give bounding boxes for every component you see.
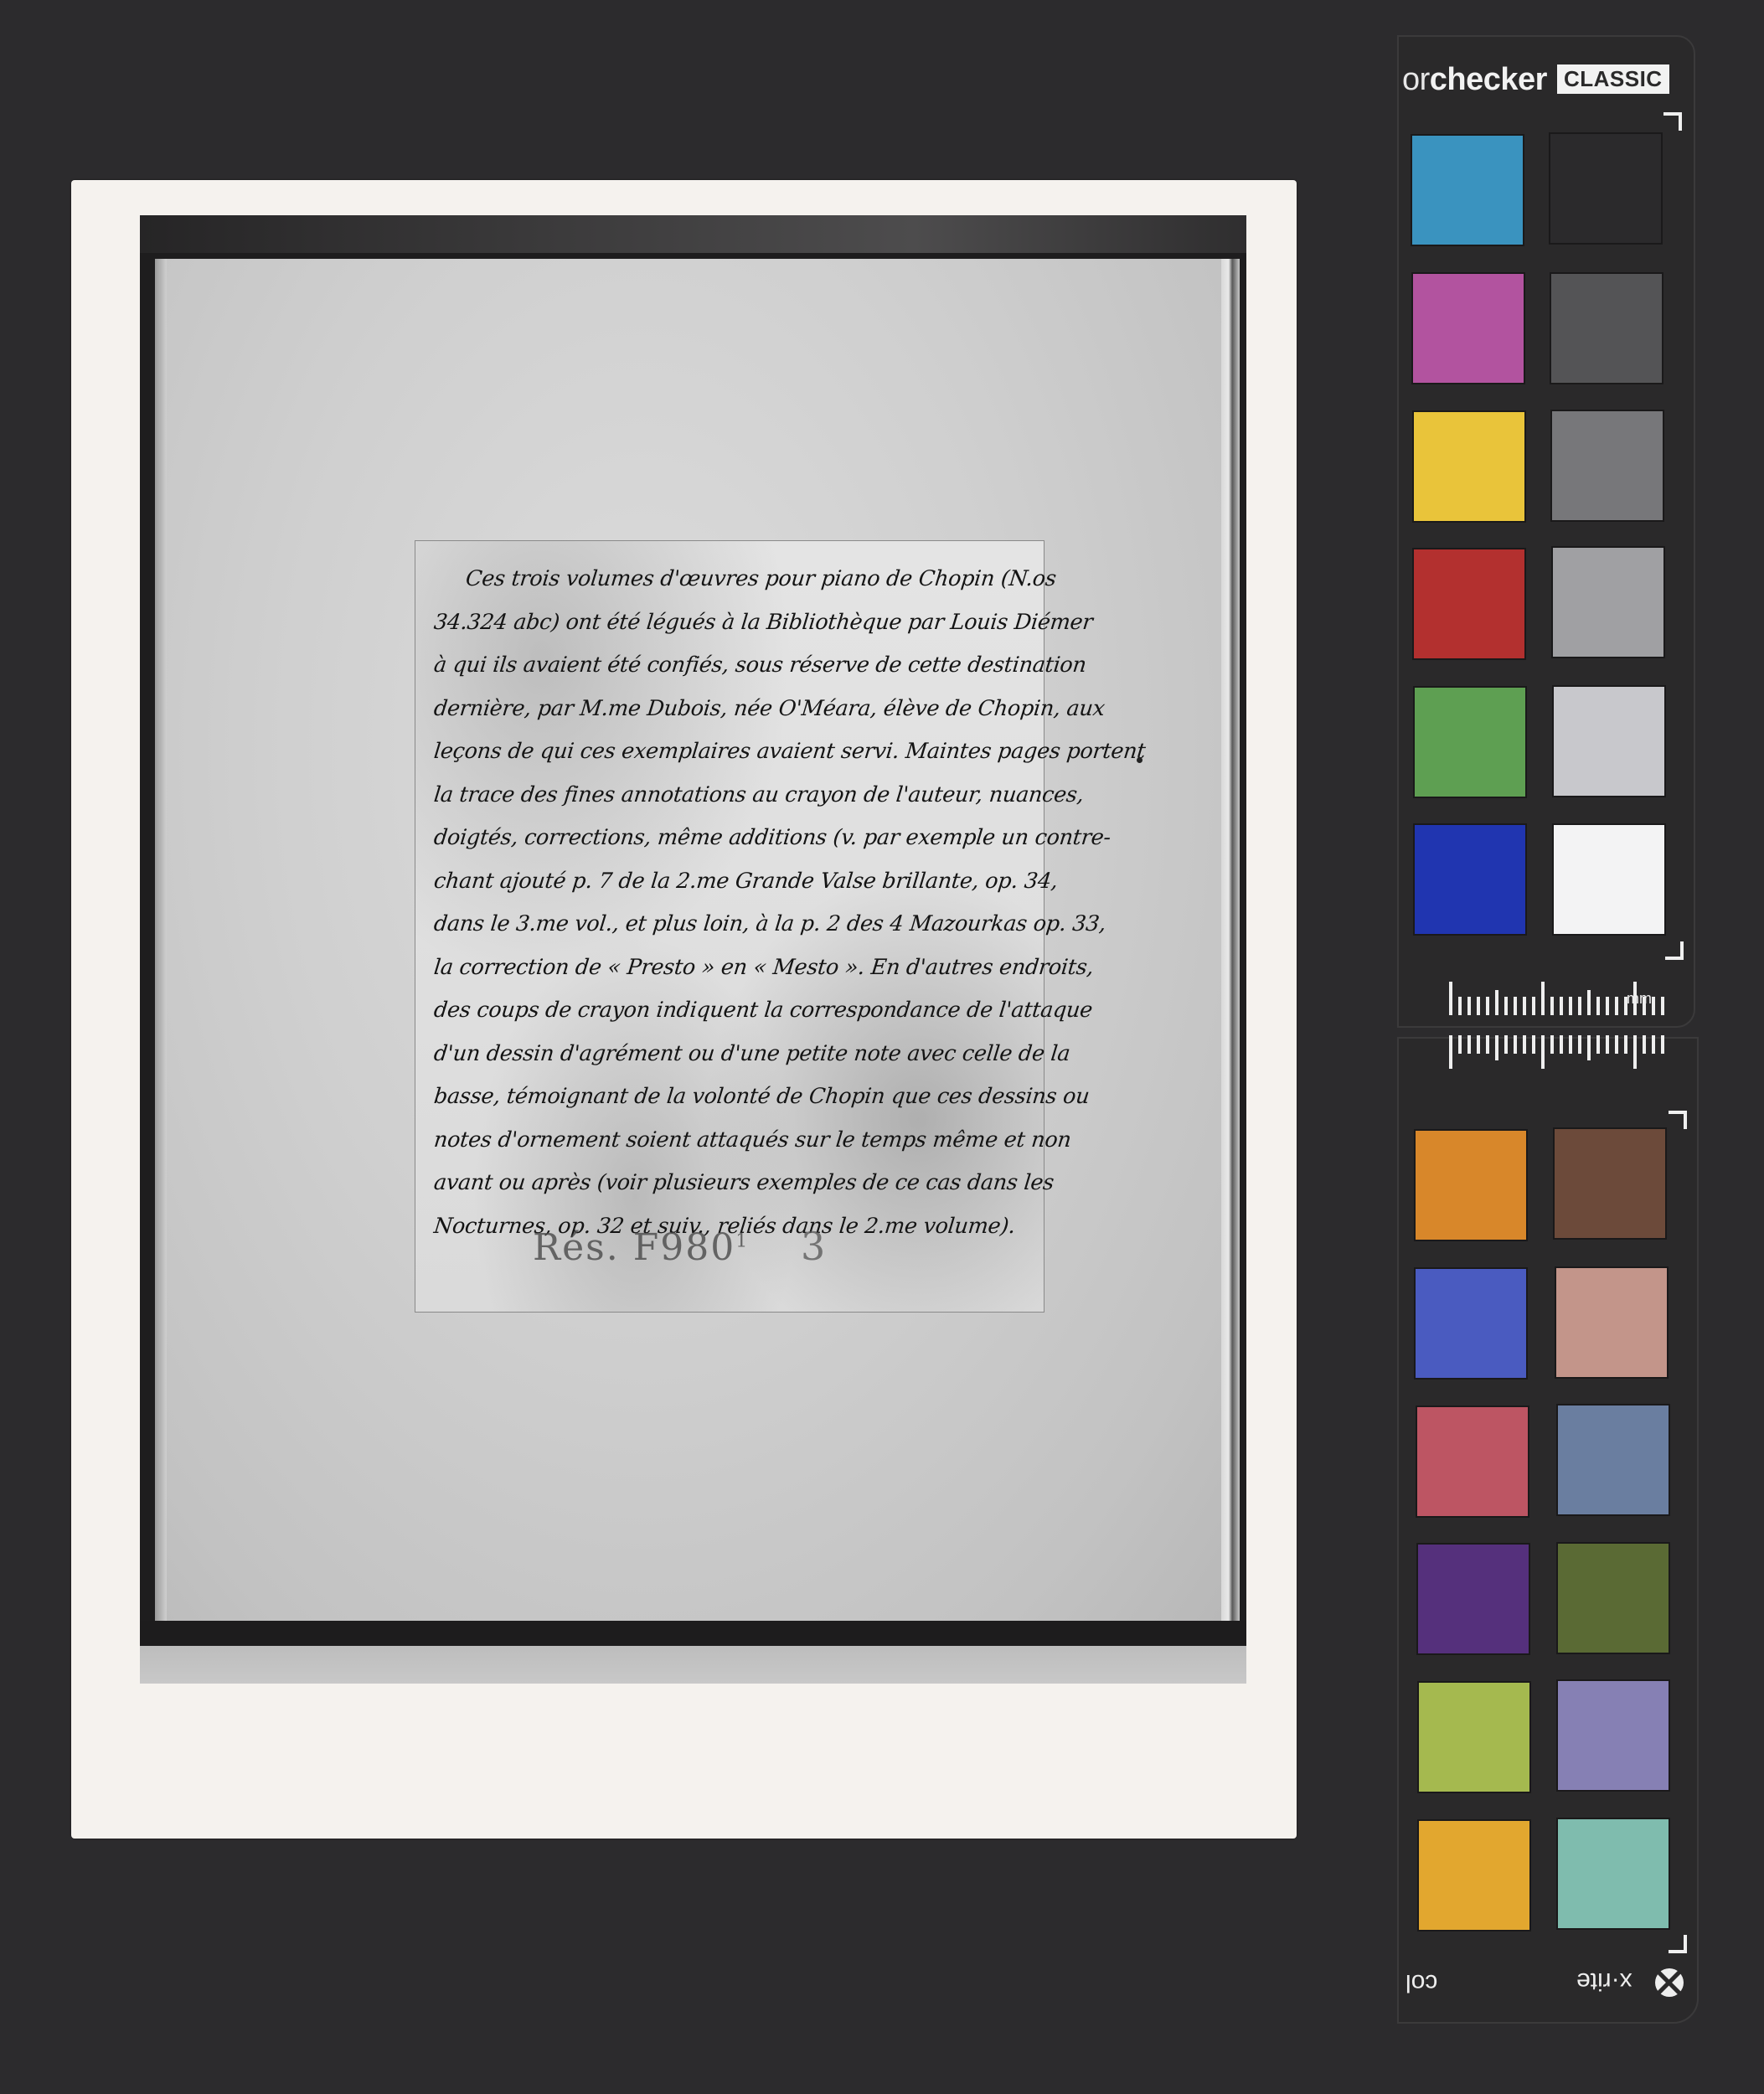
manuscript-line: doigtés, corrections, même additions (v.… <box>431 817 1030 860</box>
ruler-tick <box>1449 982 1452 1015</box>
manuscript-line: d'un dessin d'agrément ou d'une petite n… <box>431 1033 1030 1076</box>
patch-dark-skin <box>1555 1129 1665 1238</box>
patch-red <box>1414 549 1524 658</box>
registration-mark <box>1669 1935 1687 1953</box>
brand-prefix: or <box>1402 62 1430 97</box>
ruler-tick <box>1550 1035 1554 1054</box>
manuscript-line: 34.324 abc) ont été légués à la Biblioth… <box>431 601 1030 645</box>
ruler-tick <box>1652 997 1655 1015</box>
xrite-logo-icon <box>1655 1968 1684 1997</box>
manuscript-line: des coups de crayon indiquent la corresp… <box>431 989 1030 1033</box>
manuscript-line: dans le 3.me vol., et plus loin, à la p.… <box>431 903 1030 946</box>
ruler-tick <box>1587 1035 1591 1060</box>
patch-orange <box>1416 1131 1526 1240</box>
ruler-tick <box>1486 1035 1489 1054</box>
patch-yellow-green <box>1419 1683 1529 1792</box>
patch-neutral-5 <box>1552 411 1663 520</box>
patch-bluish-green <box>1558 1819 1669 1928</box>
manuscript-note: Ces trois volumes d'œuvres pour piano de… <box>415 540 1044 1313</box>
colorchecker-footer-prefix: col <box>1406 1968 1437 1997</box>
colorchecker-brand: orcheckerCLASSIC <box>1402 62 1669 98</box>
page-right-edge <box>1221 259 1240 1658</box>
colorchecker-top-strip: orcheckerCLASSIC mm <box>1397 35 1695 1028</box>
ruler-tick <box>1477 997 1480 1015</box>
patch-purple <box>1418 1545 1529 1653</box>
ruler-tick <box>1661 1035 1664 1054</box>
classic-badge: CLASSIC <box>1557 64 1669 94</box>
ruler-tick <box>1606 997 1609 1015</box>
patch-yellow <box>1414 412 1524 521</box>
ruler-tick <box>1504 997 1508 1015</box>
mm-label: mm <box>1627 990 1652 1008</box>
manuscript-line: la correction de « Presto » en « Mesto »… <box>431 946 1030 990</box>
patch-orange-yellow <box>1419 1821 1529 1930</box>
patch-purplish-blue <box>1416 1269 1526 1378</box>
patch-magenta <box>1413 274 1524 383</box>
registration-mark <box>1663 112 1682 131</box>
ruler-tick <box>1560 1035 1563 1054</box>
ruler-tick <box>1587 990 1591 1015</box>
patch-neutral-8 <box>1554 687 1664 796</box>
ruler-tick <box>1532 997 1535 1015</box>
shelfmark-superscript: 1 <box>735 1230 749 1251</box>
ruler-tick <box>1458 997 1462 1015</box>
patch-black <box>1550 134 1661 243</box>
manuscript-line: chant ajouté p. 7 de la 2.me Grande Vals… <box>431 860 1030 904</box>
colorchecker-bottom-strip: col x·rite <box>1397 1037 1699 2024</box>
patch-blue <box>1415 825 1525 934</box>
ruler-tick <box>1467 1035 1471 1054</box>
ruler-tick <box>1495 990 1498 1015</box>
manuscript-line: avant ou après (voir plusieurs exemples … <box>431 1162 1030 1205</box>
photo-bottom-strip <box>140 1646 1246 1684</box>
manuscript-line: Ces trois volumes d'œuvres pour piano de… <box>431 558 1030 601</box>
ruler-tick <box>1661 997 1664 1015</box>
ruler-tick <box>1606 1035 1609 1054</box>
ruler-tick <box>1596 1035 1600 1054</box>
manuscript-line: à qui ils avaient été confiés, sous rése… <box>431 644 1030 688</box>
patch-light-skin <box>1556 1268 1667 1377</box>
ruler-tick <box>1624 1035 1627 1054</box>
ruler-tick <box>1569 1035 1572 1054</box>
ruler-tick <box>1652 1035 1655 1054</box>
manuscript-line: dernière, par M.me Dubois, née O'Méara, … <box>431 688 1030 731</box>
ruler-tick <box>1578 1035 1581 1054</box>
ruler-tick <box>1486 997 1489 1015</box>
photo-top-border <box>140 215 1246 253</box>
patch-white <box>1554 825 1664 934</box>
ruler-tick <box>1514 997 1517 1015</box>
ruler-tick <box>1569 997 1572 1015</box>
mm-ruler-bottom <box>1449 1035 1650 1111</box>
photo-print: Ces trois volumes d'œuvres pour piano de… <box>71 180 1297 1839</box>
shelfmark-volume: 3 <box>801 1224 825 1269</box>
ruler-tick <box>1523 1035 1526 1054</box>
manuscript-line: notes d'ornement soient attaqués sur le … <box>431 1119 1030 1163</box>
ruler-tick <box>1495 1035 1498 1060</box>
manuscript-line: leçons de qui ces exemplaires avaient se… <box>431 730 1030 774</box>
brand-name: checker <box>1430 62 1547 97</box>
manuscript-line: la trace des fines annotations au crayon… <box>431 774 1030 817</box>
ruler-tick <box>1541 1035 1545 1069</box>
patch-blue-flower <box>1558 1681 1669 1790</box>
patch-neutral-3-5 <box>1551 274 1662 383</box>
ruler-tick <box>1514 1035 1517 1054</box>
patch-foliage <box>1558 1544 1669 1653</box>
ruler-tick <box>1532 1035 1535 1054</box>
patch-cyan <box>1412 136 1523 245</box>
ruler-tick <box>1523 997 1526 1015</box>
ruler-tick <box>1550 997 1554 1015</box>
manuscript-line: basse, témoignant de la volonté de Chopi… <box>431 1075 1030 1119</box>
ruler-tick <box>1458 1035 1462 1054</box>
ruler-tick <box>1467 997 1471 1015</box>
ruler-tick <box>1541 982 1545 1015</box>
page-left-edge <box>155 259 167 1658</box>
volume-page: Ces trois volumes d'œuvres pour piano de… <box>155 259 1240 1658</box>
ruler-tick <box>1560 997 1563 1015</box>
registration-mark <box>1665 941 1684 960</box>
ink-speck <box>1137 757 1142 763</box>
shelfmark-stamp: Rés. F9801 <box>533 1226 749 1269</box>
patch-blue-sky <box>1558 1405 1669 1514</box>
ruler-tick <box>1633 1035 1637 1069</box>
xrite-wordmark: x·rite <box>1576 1967 1632 1995</box>
patch-green <box>1415 688 1525 797</box>
ruler-tick <box>1477 1035 1480 1054</box>
ruler-tick <box>1615 1035 1618 1054</box>
ruler-tick <box>1643 1035 1646 1054</box>
photo-bottom-border <box>140 1621 1246 1646</box>
patch-moderate-red <box>1417 1407 1528 1516</box>
ruler-tick <box>1449 1035 1452 1069</box>
ruler-tick <box>1596 997 1600 1015</box>
shelfmark-text: Rés. F980 <box>533 1226 735 1269</box>
patch-neutral-6-5 <box>1553 548 1663 657</box>
registration-mark <box>1669 1111 1687 1129</box>
ruler-tick <box>1578 997 1581 1015</box>
photographic-image: Ces trois volumes d'œuvres pour piano de… <box>140 215 1246 1684</box>
ruler-tick <box>1504 1035 1508 1054</box>
ruler-tick <box>1615 997 1618 1015</box>
